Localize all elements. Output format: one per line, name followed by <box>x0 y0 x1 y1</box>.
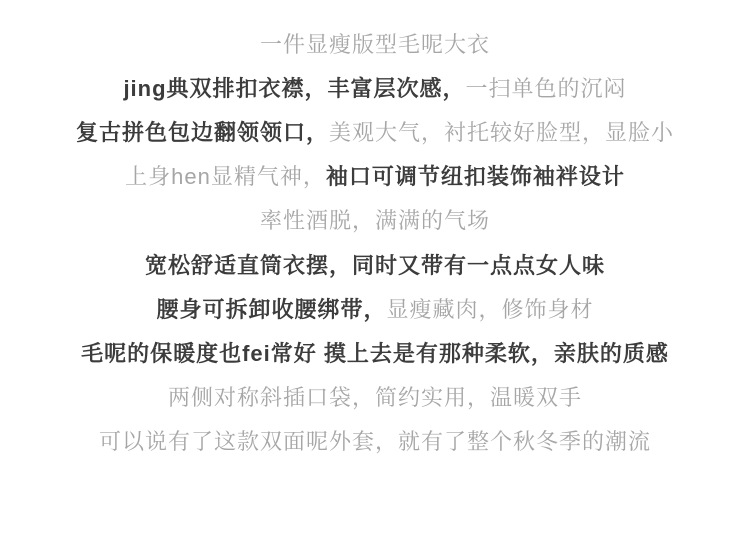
text-segment: 一扫单色的沉闷 <box>466 72 627 103</box>
text-line-4: 上身hen显精气神，袖口可调节纽扣装饰袖袢设计 <box>0 154 750 198</box>
text-segment: 两侧对称斜插口袋，简约实用，温暖双手 <box>168 381 582 412</box>
text-segment: 毛呢的保暖度也fei常好 摸上去是有那种柔软，亲肤的质感 <box>81 337 669 368</box>
text-line-1: 一件显瘦版型毛呢大衣 <box>0 21 750 65</box>
text-segment: 率性酒脱，满满的气场 <box>260 204 490 235</box>
text-segment: jing典双排扣衣襟，丰富层次感， <box>123 72 465 103</box>
product-description-panel: 一件显瘦版型毛呢大衣 jing典双排扣衣襟，丰富层次感，一扫单色的沉闷 复古拼色… <box>0 0 750 534</box>
text-segment: 可以说有了这款双面呢外套，就有了整个秋冬季的潮流 <box>99 425 651 456</box>
text-line-6: 宽松舒适直筒衣摆，同时又带有一点点女人味 <box>0 242 750 286</box>
text-segment: 一件显瘦版型毛呢大衣 <box>260 28 490 59</box>
text-line-7: 腰身可拆卸收腰绑带，显瘦藏肉，修饰身材 <box>0 286 750 330</box>
text-line-9: 两侧对称斜插口袋，简约实用，温暖双手 <box>0 375 750 419</box>
text-segment: 复古拼色包边翻领领口， <box>76 116 329 147</box>
text-segment: 腰身可拆卸收腰绑带， <box>156 293 386 324</box>
text-segment: 美观大气，衬托较好脸型，显脸小 <box>329 116 674 147</box>
text-line-3: 复古拼色包边翻领领口，美观大气，衬托较好脸型，显脸小 <box>0 109 750 153</box>
text-segment: 宽松舒适直筒衣摆，同时又带有一点点女人味 <box>145 249 605 280</box>
text-segment: 袖口可调节纽扣装饰袖袢设计 <box>326 160 625 191</box>
text-line-2: jing典双排扣衣襟，丰富层次感，一扫单色的沉闷 <box>0 65 750 109</box>
text-line-5: 率性酒脱，满满的气场 <box>0 198 750 242</box>
text-segment: 显瘦藏肉，修饰身材 <box>387 293 594 324</box>
text-line-10: 可以说有了这款双面呢外套，就有了整个秋冬季的潮流 <box>0 419 750 463</box>
text-line-8: 毛呢的保暖度也fei常好 摸上去是有那种柔软，亲肤的质感 <box>0 330 750 374</box>
text-segment: 上身hen显精气神， <box>125 160 326 191</box>
